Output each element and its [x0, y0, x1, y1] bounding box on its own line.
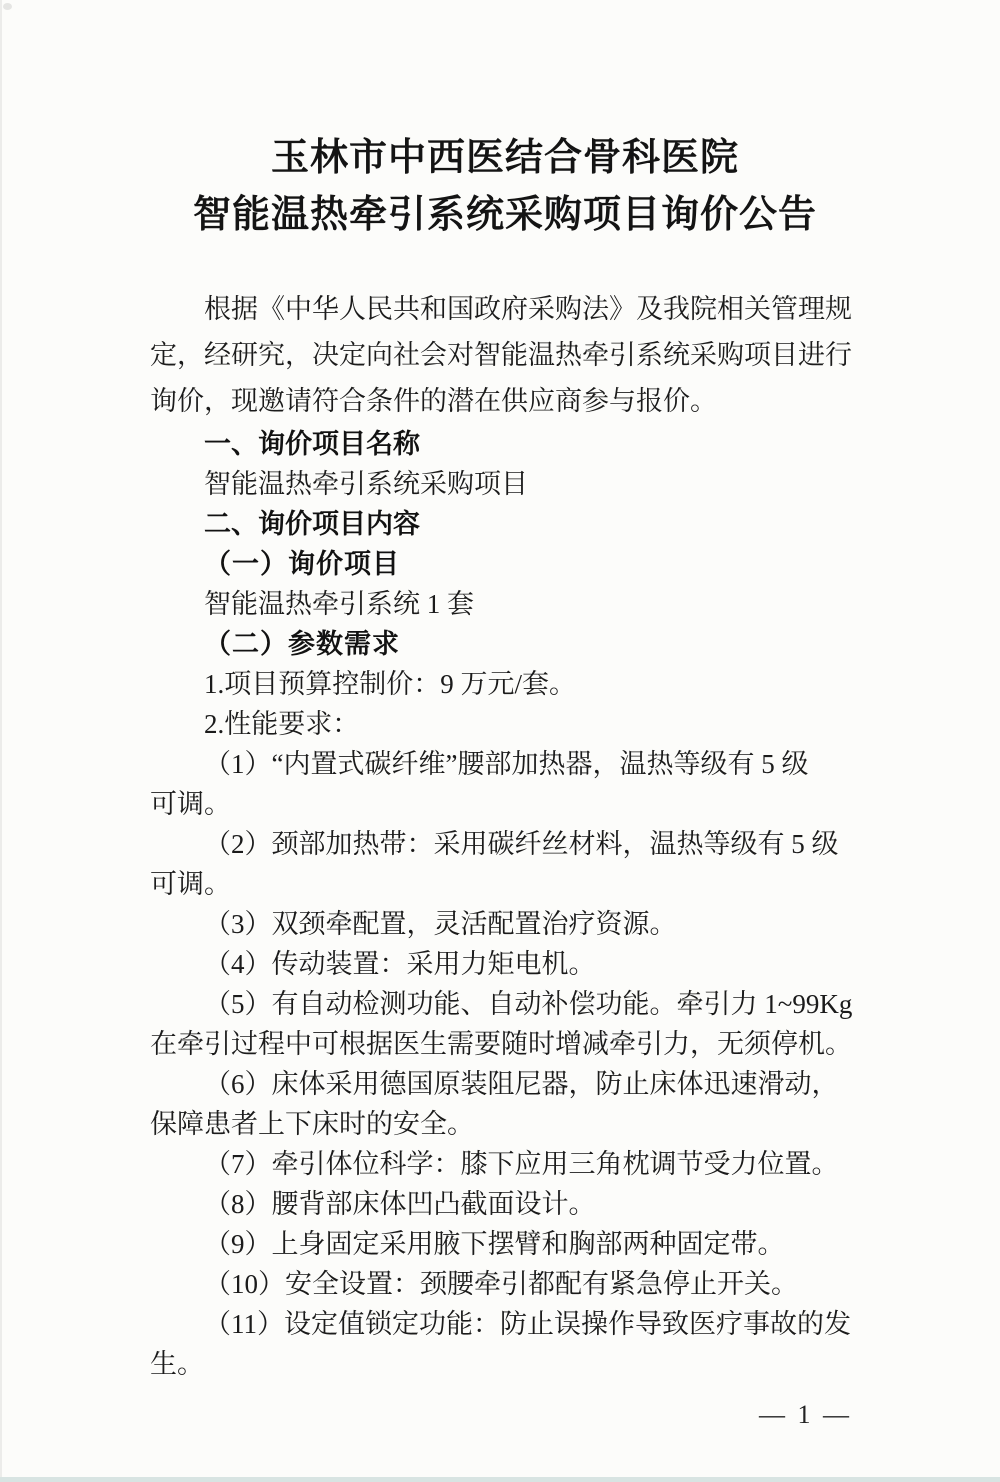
item-4: （4）传动装置：采用力矩电机。 — [150, 944, 860, 984]
subsection-1-body: 智能温热牵引系统 1 套 — [150, 584, 860, 624]
item-3: （3）双颈牵配置，灵活配置治疗资源。 — [150, 904, 860, 944]
page-number: — 1 — — [759, 1400, 852, 1430]
document-title: 玉林市中西医结合骨科医院 智能温热牵引系统采购项目询价公告 — [150, 130, 860, 244]
performance-line: 2.性能要求： — [150, 704, 860, 744]
scan-edge-bottom — [0, 1477, 1000, 1482]
intro-paragraph: 根据《中华人民共和国政府采购法》及我院相关管理规 定，经研究，决定向社会对智能温… — [150, 286, 860, 424]
item-8: （8）腰背部床体凹凸截面设计。 — [150, 1184, 860, 1224]
section-2-heading: 二、询价项目内容 — [150, 504, 860, 544]
subsection-2-heading: （二）参数需求 — [150, 624, 860, 664]
budget-line: 1.项目预算控制价：9 万元/套。 — [150, 664, 860, 704]
item-9: （9）上身固定采用腋下摆臂和胸部两种固定带。 — [150, 1224, 860, 1264]
document-title-line-1: 玉林市中西医结合骨科医院 — [150, 130, 860, 187]
document-body: 根据《中华人民共和国政府采购法》及我院相关管理规 定，经研究，决定向社会对智能温… — [150, 286, 860, 1384]
item-11: （11）设定值锁定功能：防止误操作导致医疗事故的发 生。 — [150, 1304, 860, 1384]
document-content: 玉林市中西医结合骨科医院 智能温热牵引系统采购项目询价公告 根据《中华人民共和国… — [0, 0, 1000, 1384]
item-2: （2）颈部加热带：采用碳纤丝材料，温热等级有 5 级 可调。 — [150, 824, 860, 904]
document-page: 玉林市中西医结合骨科医院 智能温热牵引系统采购项目询价公告 根据《中华人民共和国… — [0, 0, 1000, 1482]
section-1-heading: 一、询价项目名称 — [150, 424, 860, 464]
subsection-1-heading: （一）询价项目 — [150, 544, 860, 584]
item-7: （7）牵引体位科学：膝下应用三角枕调节受力位置。 — [150, 1144, 860, 1184]
item-10: （10）安全设置：颈腰牵引都配有紧急停止开关。 — [150, 1264, 860, 1304]
section-1-body: 智能温热牵引系统采购项目 — [150, 464, 860, 504]
scan-smudge — [3, 3, 12, 10]
scan-edge-left — [0, 0, 2, 1482]
item-5: （5）有自动检测功能、自动补偿功能。牵引力 1~99Kg 在牵引过程中可根据医生… — [150, 984, 860, 1064]
item-6: （6）床体采用德国原装阻尼器，防止床体迅速滑动， 保障患者上下床时的安全。 — [150, 1064, 860, 1144]
document-title-line-2: 智能温热牵引系统采购项目询价公告 — [150, 187, 860, 244]
item-1: （1）“内置式碳纤维”腰部加热器，温热等级有 5 级 可调。 — [150, 744, 860, 824]
